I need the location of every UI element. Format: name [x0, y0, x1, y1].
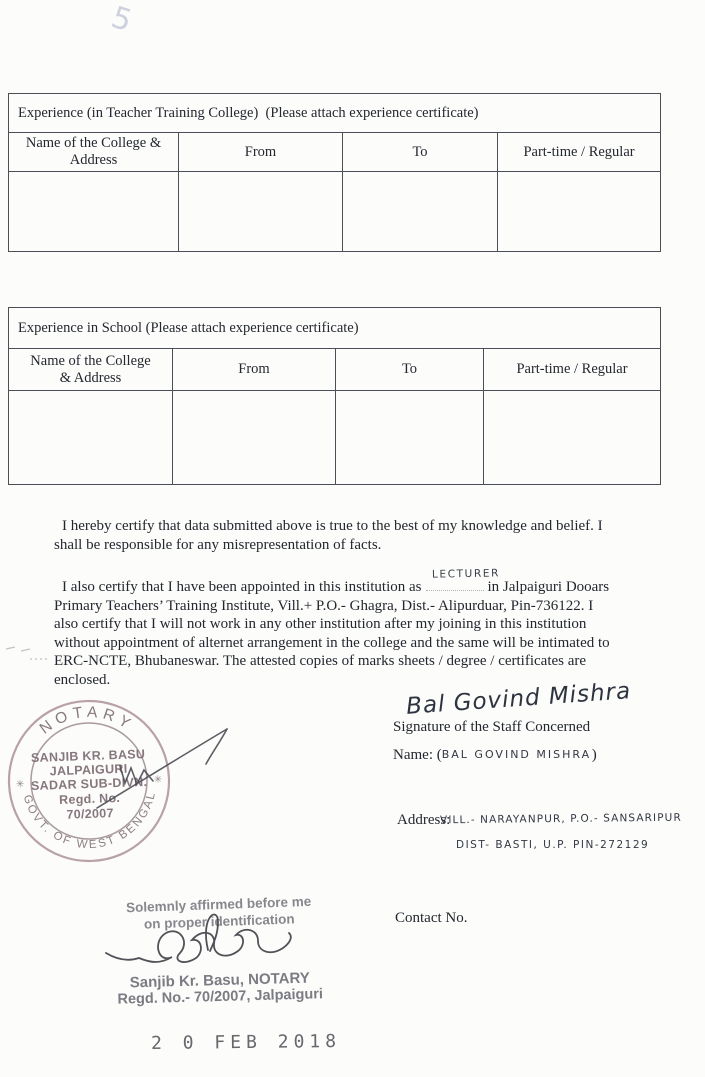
post-blank-field: LECTURER	[426, 580, 484, 591]
name-label: Name: (	[393, 747, 442, 763]
seal-regd-label: Regd. No.	[59, 791, 120, 807]
empty-cell	[498, 172, 661, 252]
table-row	[9, 391, 661, 485]
table-caption: Experience in School (Please attach expe…	[9, 308, 661, 349]
appointment-paragraph: I also certify that I have been appointe…	[54, 578, 670, 689]
paragraph-line: I also certify that I have been appointe…	[54, 578, 670, 597]
seal-subdivision-line: SADAR SUB-DIVN.	[31, 775, 148, 793]
signature-label: Signature of the Staff Concerned	[393, 719, 590, 736]
address-handwriting-line2: DIST- BASTI, U.P. PIN-272129	[456, 839, 649, 851]
contact-number-label: Contact No.	[395, 910, 468, 927]
margin-scribble-marks	[6, 647, 50, 659]
table-row	[9, 172, 661, 252]
paragraph-line: without appointment of alternet arrangem…	[54, 634, 670, 653]
seal-regd-number: 70/2007	[66, 806, 114, 822]
column-header: To	[343, 133, 498, 172]
empty-cell	[9, 391, 173, 485]
paragraph-line: Primary Teachers’ Training Institute, Vi…	[54, 597, 670, 616]
date-stamp: 2 0 FEB 2018	[151, 1031, 341, 1054]
seal-star-left-icon: ✳	[16, 779, 25, 790]
empty-cell	[179, 172, 343, 252]
name-handwriting: BAL GOVIND MISHRA	[442, 748, 592, 761]
table-row: Name of the College & Address From To Pa…	[9, 133, 661, 172]
notary-name-stamp: Sanjib Kr. Basu, NOTARY Regd. No.- 70/20…	[103, 969, 338, 1009]
column-header: Name of the College & Address	[9, 133, 179, 172]
column-header: Name of the College & Address	[9, 349, 173, 391]
table-row: Experience (in Teacher Training College)…	[9, 94, 661, 133]
column-header: From	[179, 133, 343, 172]
paragraph-line: shall be responsible for any misrepresen…	[54, 536, 670, 555]
table-row: Name of the College & Address From To Pa…	[9, 349, 661, 391]
handwritten-post: LECTURER	[431, 564, 499, 584]
paragraph-text: I also certify that I have been appointe…	[62, 579, 422, 595]
experience-school-table: Experience in School (Please attach expe…	[8, 307, 661, 485]
experience-college-table: Experience (in Teacher Training College)…	[8, 93, 661, 252]
paragraph-line: I hereby certify that data submitted abo…	[54, 517, 670, 536]
name-close-paren: )	[592, 747, 597, 763]
empty-cell	[173, 391, 336, 485]
name-line: Name: (BAL GOVIND MISHRA)	[393, 747, 597, 764]
scanned-form-page: 5 Experience (in Teacher Training Colleg…	[0, 0, 705, 1077]
empty-cell	[9, 172, 179, 252]
paragraph-line: ERC-NCTE, Bhubaneswar. The attested copi…	[54, 652, 670, 671]
notary-seal: NOTARY GOVT. OF WEST BENGAL ✳ ✳ SANJIB K…	[0, 692, 178, 870]
empty-cell	[336, 391, 484, 485]
column-header: Part-time / Regular	[484, 349, 661, 391]
handwritten-corner-mark: 5	[107, 0, 136, 39]
empty-cell	[484, 391, 661, 485]
table-caption: Experience (in Teacher Training College)…	[9, 94, 661, 133]
declaration-paragraph: I hereby certify that data submitted abo…	[54, 517, 670, 554]
table-row: Experience in School (Please attach expe…	[9, 308, 661, 349]
seal-star-right-icon: ✳	[154, 774, 163, 785]
column-header: From	[173, 349, 336, 391]
paragraph-line: also certify that I will not work in any…	[54, 615, 670, 634]
empty-cell	[343, 172, 498, 252]
solemnly-affirmed-stamp: Solemnly affirmed before me on proper id…	[115, 893, 322, 933]
column-header: Part-time / Regular	[498, 133, 661, 172]
address-handwriting-line1: VILL.- NARAYANPUR, P.O.- SANSARIPUR	[440, 812, 682, 827]
column-header: To	[336, 349, 484, 391]
paragraph-text: in Jalpaiguri Dooars	[488, 579, 610, 595]
